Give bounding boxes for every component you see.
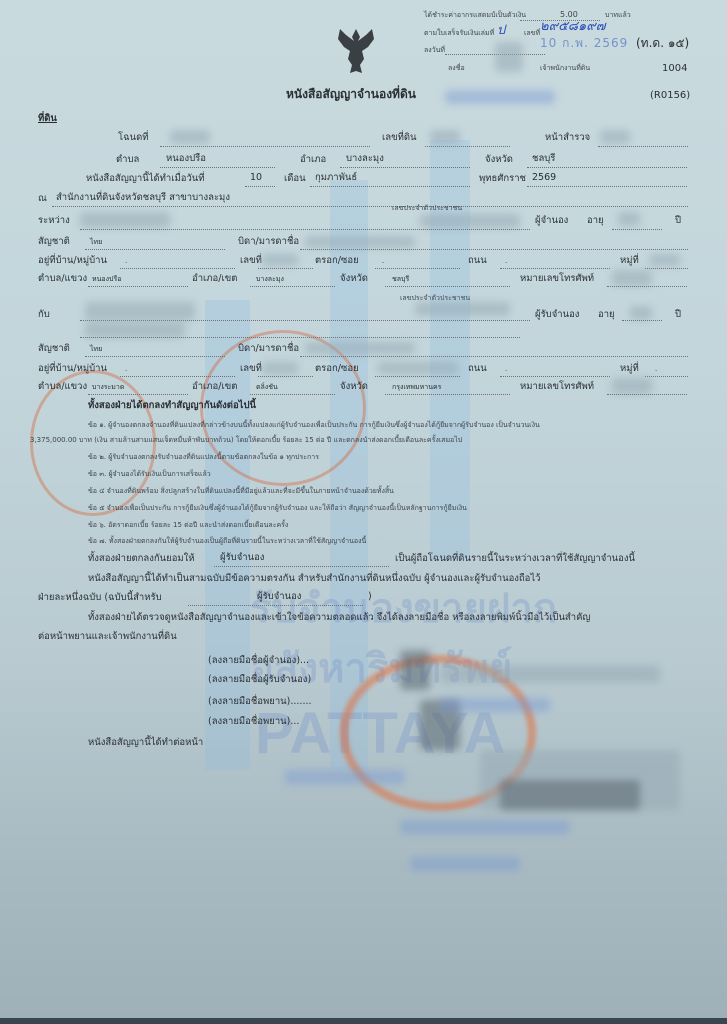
mortgagor-road-line: [500, 268, 610, 269]
copies-line-b-value: ผู้รับจำนอง: [257, 592, 301, 602]
mortgagor-village-label: อยู่ที่บ้าน/หมู่บ้าน: [38, 256, 107, 266]
terms-intro: ทั้งสองฝ่ายได้ตกลงทำสัญญากันดังต่อไปนี้: [88, 401, 256, 411]
mortgagor-alley-label: ตรอก/ซอย: [315, 256, 359, 266]
parcel-label: เลขที่ดิน: [382, 133, 417, 143]
signature-mortgagor: (ลงลายมือชื่อผู้จำนอง)...: [208, 656, 309, 666]
clause-2: ข้อ ๒. ผู้รับจำนองตกลงรับจำนองที่ดินแปลง…: [88, 454, 319, 461]
acknowledge-line-b: ต่อหน้าพยานและเจ้าพนักงานที่ดิน: [38, 632, 177, 642]
province-label: จังหวัด: [485, 155, 513, 165]
made-before-label: หนังสือสัญญานี้ได้ทำต่อหน้า: [88, 738, 203, 748]
copies-line: [188, 605, 363, 606]
receipt-stamp-date: 10 ก.พ. 2569: [540, 34, 628, 53]
mortgagor-road-value: .: [505, 258, 507, 265]
mortgagor-nationality-line: [85, 249, 225, 250]
mortgagor-age-label: อายุ: [587, 216, 604, 226]
document-page: รับจำนองขายฝาก อสังหาริมทรัพย์ PATTAYA ไ…: [0, 0, 727, 1018]
clause-5: ข้อ ๕ จำนองเพื่อเป็นประกัน การกู้ยืมเงิน…: [88, 505, 467, 512]
with-label: กับ: [38, 310, 50, 320]
redacted-field: [618, 212, 640, 226]
district-value: บางละมุง: [346, 154, 384, 164]
receipt-no-value: ๒๙๕๘๑๙๗: [540, 20, 606, 33]
mortgagee-moo-line: [645, 376, 688, 377]
redacted-signature: [500, 780, 640, 810]
mortgagor-district-label: อำเภอ/เขต: [192, 274, 237, 284]
mortgagee-moo-value: .: [655, 366, 657, 373]
district-label: อำเภอ: [300, 155, 326, 165]
year-line: [527, 186, 687, 187]
form-ref: (R0156): [650, 91, 690, 101]
mortgagor-subdistrict-line: [88, 286, 188, 287]
mortgagee-district-value: ตลิ่งชัน: [256, 384, 278, 391]
mortgagor-id-label: เลขประจำตัวประชาชน: [392, 205, 462, 212]
mortgagor-province-line: [385, 286, 510, 287]
signature-witness-2: (ลงลายมือชื่อพยาน)...: [208, 717, 299, 727]
mortgagor-age-line: [612, 229, 662, 230]
redacted-signature: [440, 698, 550, 712]
section-land-heading: ที่ดิน: [38, 114, 57, 124]
province-value: ชลบุรี: [532, 154, 555, 164]
mortgagee-subdistrict-value: บางระมาด: [92, 384, 124, 391]
fee-line-prefix: ได้ชำระค่าอากรแสตมป์เป็นตัวเงิน: [424, 12, 526, 19]
deed-line: [160, 146, 370, 147]
copies-line-b-prefix: ฝ่ายละหนึ่งฉบับ (ฉบับนี้สำหรับ: [38, 593, 162, 603]
page-title: หนังสือสัญญาจำนองที่ดิน: [286, 85, 416, 104]
mortgagee-village-value: .: [125, 366, 127, 373]
province-line: [527, 167, 687, 168]
receipt-book-label: ตามใบเสร็จรับเงินเล่มที่: [424, 30, 494, 37]
mortgagee-house-label: เลขที่: [240, 364, 262, 374]
dated-label: ลงวันที่: [424, 47, 445, 54]
redacted-field: [612, 378, 652, 394]
mortgagee-village-line: [120, 376, 235, 377]
office-line: [52, 206, 688, 207]
mortgagee-age-label: อายุ: [598, 310, 615, 320]
mortgagor-alley-line: [375, 268, 460, 269]
mortgagor-moo-line: [645, 268, 688, 269]
survey-line: [598, 146, 688, 147]
mortgagor-subdistrict-label: ตำบล/แขวง: [38, 274, 87, 284]
mortgagee-parent-label: บิดา/มารดาชื่อ: [238, 344, 299, 354]
mortgagee-moo-label: หมู่ที่: [620, 364, 639, 374]
mortgagee-alley-label: ตรอก/ซอย: [315, 364, 359, 374]
mortgagee-road-value: .: [505, 366, 507, 373]
clause-4: ข้อ ๔ จำนองที่ดินพร้อม สิ่งปลูกสร้างในที…: [88, 488, 394, 495]
redacted-field: [262, 254, 298, 266]
at-label: ณ: [38, 194, 47, 204]
mortgagor-alley-value: .: [382, 258, 384, 265]
mortgagor-house-line: [258, 268, 313, 269]
clause-1a: ข้อ ๑. ผู้จำนองตกลงจำนองที่ดินแปลงที่กล่…: [88, 422, 540, 429]
mortgagor-road-label: ถนน: [468, 256, 487, 266]
redacted-field: [612, 270, 652, 286]
between-label: ระหว่าง: [38, 216, 70, 226]
redacted-field: [415, 302, 510, 316]
mortgagee-district-line: [250, 394, 335, 395]
copies-line-b-suffix: ): [368, 592, 372, 602]
watermark-thai-1: รับจำนองขายฝาก: [250, 576, 557, 640]
bottom-edge: [0, 1018, 727, 1024]
redacted-field: [420, 214, 520, 228]
mortgagor-district-value: บางละมุง: [256, 276, 284, 283]
mortgagor-years-label: ปี: [675, 216, 681, 226]
mortgagee-nationality-value: ไทย: [90, 346, 102, 353]
mortgagee-parent-line: [300, 356, 688, 357]
signature-mortgagee: (ลงลายมือชื่อผู้รับจำนอง): [208, 675, 311, 685]
redacted-field: [378, 362, 458, 374]
redacted-field: [262, 362, 298, 374]
subdistrict-value: หนองปรือ: [166, 154, 206, 164]
subdistrict-line: [160, 167, 275, 168]
redacted-signature: [440, 665, 660, 683]
mortgagor-phone-label: หมายเลขโทรศัพท์: [520, 274, 594, 284]
redacted-field: [85, 322, 185, 338]
day-value: 10: [250, 173, 262, 183]
fee-amount: 5.00: [560, 11, 578, 19]
mortgagor-parent-label: บิดา/มารดาชื่อ: [238, 237, 299, 247]
redacted-field: [305, 236, 415, 248]
mortgagee-name-line-2: [80, 337, 520, 338]
mortgagee-name-line: [80, 320, 530, 321]
clause-3: ข้อ ๓. ผู้จำนองได้รับเงินเป็นการเสร็จแล้…: [88, 471, 211, 478]
mortgagee-id-label: เลขประจำตัวประชาชน: [400, 295, 470, 302]
copies-line-a: หนังสือสัญญานี้ได้ทำเป็นสามฉบับมีข้อความ…: [88, 574, 541, 584]
redacted-field: [650, 254, 680, 266]
mortgagee-province-line: [385, 394, 510, 395]
redacted-field: [495, 42, 523, 72]
month-line: [310, 186, 470, 187]
mortgagor-moo-label: หมู่ที่: [620, 256, 639, 266]
mortgagor-village-value: .: [125, 258, 127, 265]
signature-witness-1: (ลงลายมือชื่อพยาน).......: [208, 697, 312, 707]
month-label: เดือน: [284, 174, 306, 184]
form-number: 1004: [662, 64, 687, 74]
mortgagor-nationality-value: ไทย: [90, 239, 102, 246]
mortgagee-age-line: [622, 320, 662, 321]
redacted-field: [170, 130, 210, 144]
mortgagee-nationality-label: สัญชาติ: [38, 344, 70, 354]
mortgagor-house-label: เลขที่: [240, 256, 262, 266]
mortgagor-name-line: [80, 229, 530, 230]
mortgagee-province-value: กรุงเทพมหานคร: [392, 384, 441, 391]
mortgagor-parent-line: [300, 249, 688, 250]
mortgagee-role-label: ผู้รับจำนอง: [535, 310, 579, 320]
mortgagee-road-line: [500, 376, 610, 377]
acknowledge-line-a: ทั้งสองฝ่ายได้ตรวจดูหนังสือสัญญาจำนองและ…: [88, 613, 591, 623]
clause-7: ข้อ ๗. ทั้งสองฝ่ายตกลงกันให้ผู้รับจำนองเ…: [88, 538, 366, 545]
mortgagee-village-label: อยู่ที่บ้าน/หมู่บ้าน: [38, 364, 107, 374]
receipt-no-label: เลขที่: [524, 30, 540, 37]
mortgagee-phone-label: หมายเลขโทรศัพท์: [520, 382, 594, 392]
year-label: พุทธศักราช: [479, 174, 526, 184]
redacted-signature: [410, 857, 520, 871]
mortgagee-district-label: อำเภอ/เขต: [192, 382, 237, 392]
mortgagee-subdistrict-label: ตำบล/แขวง: [38, 382, 87, 392]
holder-value: ผู้รับจำนอง: [220, 553, 264, 563]
survey-label: หน้าสำรวจ: [545, 133, 590, 143]
mortgagor-province-value: ชลบุรี: [392, 276, 409, 283]
deed-label: โฉนดที่: [118, 133, 149, 143]
mortgagor-subdistrict-value: หนองปรือ: [92, 276, 121, 283]
redacted-field: [85, 302, 195, 320]
subdistrict-label: ตำบล: [116, 155, 139, 165]
mortgagee-years-label: ปี: [675, 310, 681, 320]
year-value: 2569: [532, 173, 556, 183]
fee-line-suffix: บาทแล้ว: [605, 12, 631, 19]
clause-6: ข้อ ๖. อัตราดอกเบี้ย ร้อยละ 15 ต่อปี และ…: [88, 522, 288, 529]
mortgagee-alley-line: [375, 376, 460, 377]
redacted-field: [600, 130, 630, 144]
holder-prefix: ทั้งสองฝ่ายตกลงกันยอมให้: [88, 554, 195, 564]
signed-label: ลงชื่อ: [448, 65, 465, 72]
parcel-line: [425, 146, 510, 147]
mortgagor-nationality-label: สัญชาติ: [38, 237, 70, 247]
redacted-signature: [400, 650, 430, 690]
receipt-book-value: ป: [497, 24, 505, 37]
office-value: สำนักงานที่ดินจังหวัดชลบุรี สาขาบางละมุง: [56, 193, 230, 203]
mortgagor-district-line: [250, 286, 335, 287]
redacted-field: [430, 130, 460, 144]
redacted-field: [305, 342, 415, 354]
clause-1b: 3,375,000.00 บาท (เงิน สามล้านสามแสนเจ็ด…: [30, 437, 462, 444]
district-line: [340, 167, 470, 168]
mortgagor-province-label: จังหวัด: [340, 274, 368, 284]
mortgagee-province-label: จังหวัด: [340, 382, 368, 392]
mortgagee-road-label: ถนน: [468, 364, 487, 374]
holder-suffix: เป็นผู้ถือโฉนดที่ดินรายนี้ในระหว่างเวลาท…: [395, 554, 635, 564]
redacted-field: [630, 306, 652, 320]
holder-line: [214, 566, 389, 567]
mortgagor-village-line: [120, 268, 235, 269]
redacted-field: [445, 90, 555, 104]
month-value: กุมภาพันธ์: [315, 173, 357, 183]
redacted-signature: [285, 770, 405, 784]
made-on-label: หนังสือสัญญานี้ได้ทำเมื่อวันที่: [86, 174, 205, 184]
redacted-signature: [400, 820, 570, 834]
redacted-field: [80, 212, 170, 228]
mortgagee-nationality-line: [85, 356, 225, 357]
form-code: (ท.ด. ๑๕): [636, 37, 689, 49]
garuda-emblem-icon: [332, 25, 380, 77]
mortgagee-phone-line: [607, 394, 687, 395]
mortgagee-subdistrict-line: [88, 394, 188, 395]
watermark-bar: [430, 140, 470, 560]
officer-label: เจ้าพนักงานที่ดิน: [540, 65, 590, 72]
mortgagee-house-line: [258, 376, 313, 377]
day-line: [245, 186, 275, 187]
mortgagor-role-label: ผู้จำนอง: [535, 216, 568, 226]
mortgagor-phone-line: [607, 286, 687, 287]
